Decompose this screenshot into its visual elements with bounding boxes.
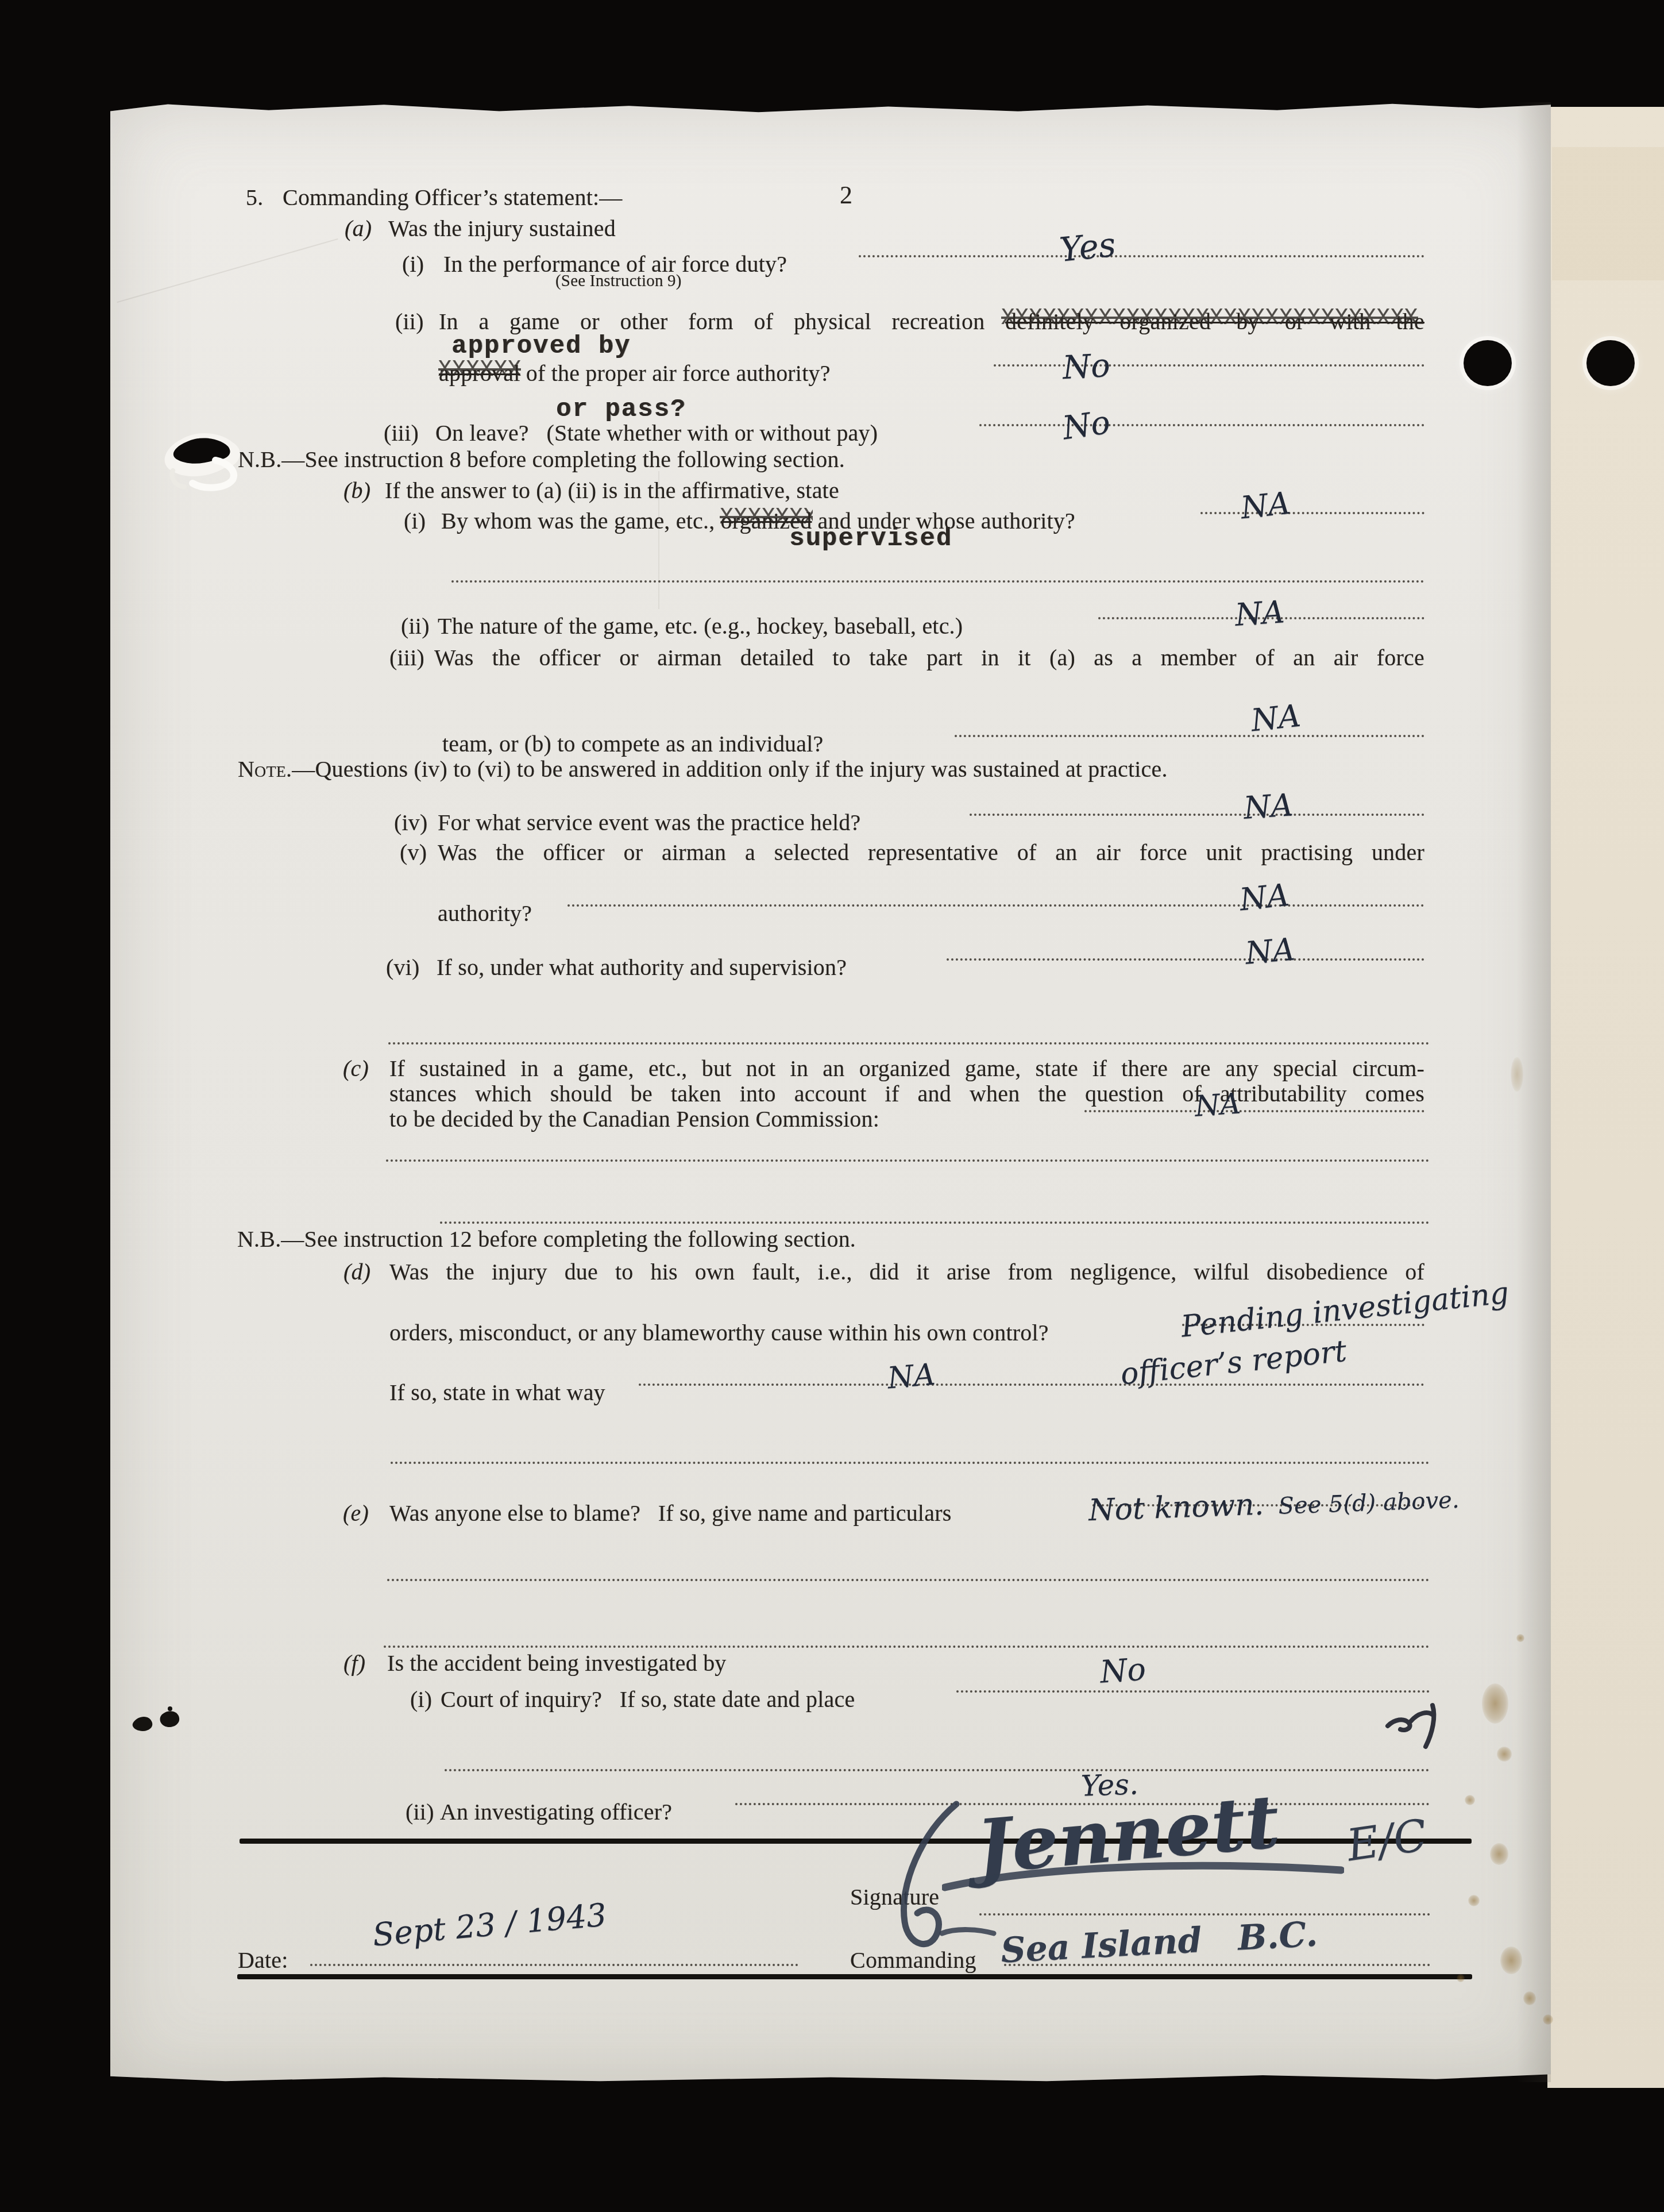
label-a-i: (i) xyxy=(402,251,424,278)
punch-hole xyxy=(1464,340,1512,386)
typed-insert-supervised: supervised xyxy=(789,525,952,553)
dotted-leader xyxy=(310,1964,798,1966)
signature-underline xyxy=(942,1856,1344,1896)
line-b-ii: The nature of the game, etc. (e.g., hock… xyxy=(438,612,963,639)
note-label: Note. xyxy=(238,756,292,782)
under-sheet-shade xyxy=(1552,147,1664,280)
dotted-leader xyxy=(956,1690,1430,1693)
date-label: Date: xyxy=(238,1947,288,1974)
stain xyxy=(1511,1057,1523,1092)
answer-c: NA xyxy=(1194,1086,1242,1123)
answer-b-iii: NA xyxy=(1249,697,1302,739)
nb-instruction-12: N.B.—See instruction 12 before completin… xyxy=(237,1226,856,1253)
note-questions: Note.—Questions (iv) to (vi) to be answe… xyxy=(238,756,1168,783)
stain xyxy=(1500,1947,1522,1974)
page-edge-shadow xyxy=(1516,102,1551,2082)
label-f-ii: (ii) xyxy=(406,1798,434,1825)
answer-a-i: Yes xyxy=(1058,225,1118,269)
dotted-leader xyxy=(388,1042,1430,1045)
answer-b-ii: NA xyxy=(1234,594,1285,633)
ink-blot xyxy=(129,1704,192,1739)
label-f: (f) xyxy=(343,1650,365,1677)
dotted-leader xyxy=(440,1221,1430,1224)
note-text: —Questions (iv) to (vi) to be answered i… xyxy=(292,756,1167,782)
stain xyxy=(1457,1974,1465,1982)
dotted-leader xyxy=(384,1645,1430,1648)
answer-b-vi: NA xyxy=(1244,931,1296,971)
commanding-label: Commanding xyxy=(850,1947,976,1974)
punch-hole xyxy=(1586,340,1635,386)
scanned-document-page: 5. Commanding Officer’s statement:— 2 (a… xyxy=(0,0,1664,2212)
label-a-ii: (ii) xyxy=(395,308,424,335)
dotted-leader xyxy=(979,424,1424,426)
line-b-iv: For what service event was the practice … xyxy=(438,809,860,836)
line-c-2: stances which should be taken into accou… xyxy=(389,1080,1424,1107)
label-e: (e) xyxy=(343,1500,369,1527)
line-a-ii: In a game or other form of physical recr… xyxy=(439,308,1424,335)
answer-b-iv: NA xyxy=(1242,787,1294,826)
struck-text: approvalXXXXXXX xyxy=(439,360,520,387)
answer-a-iii: No xyxy=(1060,404,1113,448)
stain xyxy=(1465,1795,1475,1805)
stain xyxy=(1490,1843,1508,1865)
struck-text: definitely organized by or with theXXXXX… xyxy=(1005,308,1424,335)
line-a-ii-2-text: of the proper air force authority? xyxy=(520,360,831,386)
line-d-2: orders, misconduct, or any blameworthy c… xyxy=(389,1319,1049,1346)
line-a-i-note: (See Instruction 9) xyxy=(555,272,682,291)
label-b-iii: (iii) xyxy=(389,644,424,671)
line-b-v-1: Was the officer or airman a selected rep… xyxy=(438,839,1424,866)
dotted-leader xyxy=(445,1769,1430,1771)
stain xyxy=(1497,1747,1512,1762)
label-f-i: (i) xyxy=(410,1686,432,1713)
dotted-leader xyxy=(451,580,1424,583)
answer-a-ii: No xyxy=(1061,347,1111,387)
dotted-leader xyxy=(391,1462,1430,1464)
label-c: (c) xyxy=(343,1055,369,1082)
line-a-ii-text: In a game or other form of physical recr… xyxy=(439,309,984,334)
line-b: If the answer to (a) (ii) is in the affi… xyxy=(385,477,839,504)
stain xyxy=(1482,1683,1508,1724)
page-number: 2 xyxy=(840,180,852,210)
line-b-iii-1: Was the officer or airman detailed to ta… xyxy=(434,644,1424,671)
line-c-3: to be decided by the Canadian Pension Co… xyxy=(389,1105,879,1132)
label-b-ii: (ii) xyxy=(401,612,430,639)
answer-b-v: NA xyxy=(1238,877,1291,918)
dotted-leader xyxy=(970,814,1424,816)
horizontal-rule xyxy=(240,1839,1472,1844)
line-f-ii: An investigating officer? xyxy=(440,1798,672,1825)
label-b-v: (v) xyxy=(400,839,427,866)
dotted-leader xyxy=(979,1913,1430,1916)
stain xyxy=(1516,1634,1524,1642)
torn-hole xyxy=(146,422,256,508)
label-a: (a) xyxy=(345,215,372,242)
label-b-iv: (iv) xyxy=(394,809,428,836)
line-b-vi: If so, under what authority and supervis… xyxy=(437,954,847,981)
dotted-leader xyxy=(947,958,1424,961)
section-number: 5. xyxy=(246,184,263,211)
under-sheet xyxy=(1547,107,1664,2088)
answer-b-i: NA xyxy=(1239,485,1292,526)
dotted-leader xyxy=(639,1384,1424,1386)
label-b-vi: (vi) xyxy=(386,954,420,981)
ink-scribble xyxy=(1383,1696,1446,1754)
dotted-leader xyxy=(1084,1110,1424,1112)
line-a: Was the injury sustained xyxy=(388,215,616,242)
line-b-iii-2: team, or (b) to compete as an individual… xyxy=(442,730,824,757)
line-a-iii: On leave? (State whether with or without… xyxy=(435,419,878,446)
line-d-3: If so, state in what way xyxy=(389,1379,605,1406)
line-a-ii-2: approvalXXXXXXX of the proper air force … xyxy=(439,360,831,387)
dotted-leader xyxy=(387,1579,1430,1581)
horizontal-rule xyxy=(237,1974,1472,1979)
line-e: Was anyone else to blame? If so, give na… xyxy=(389,1500,951,1527)
line-b-i-text1: By whom was the game, etc., xyxy=(441,508,721,534)
dotted-leader xyxy=(1200,512,1424,514)
answer-d-3: NA xyxy=(886,1357,937,1396)
stain xyxy=(1468,1895,1480,1906)
dotted-leader xyxy=(994,364,1424,367)
label-a-iii: (iii) xyxy=(384,419,419,446)
stain xyxy=(1543,2014,1553,2025)
dotted-leader xyxy=(567,904,1424,907)
label-b: (b) xyxy=(343,477,370,504)
answer-e-ref: See 5(d) above. xyxy=(1263,1487,1460,1520)
answer-e-main: Not known. xyxy=(1088,1487,1264,1528)
section-heading: Commanding Officer’s statement:— xyxy=(283,184,622,211)
line-f-i: Court of inquiry? If so, state date and … xyxy=(441,1686,855,1713)
line-f: Is the accident being investigated by xyxy=(387,1650,727,1677)
dotted-leader xyxy=(859,255,1424,257)
label-d: (d) xyxy=(343,1258,370,1285)
dotted-leader xyxy=(386,1159,1430,1162)
line-b-i: By whom was the game, etc., organizedXXX… xyxy=(441,507,1075,534)
line-d-1: Was the injury due to his own fault, i.e… xyxy=(389,1258,1424,1285)
answer-f-i: No xyxy=(1099,1651,1147,1690)
nb-instruction-8: N.B.—See instruction 8 before completing… xyxy=(238,446,845,473)
stain xyxy=(1523,1991,1536,2005)
dotted-leader xyxy=(955,735,1424,737)
line-b-v-2: authority? xyxy=(438,900,532,927)
typed-insert-approved-by: approved by xyxy=(451,332,631,361)
label-b-i: (i) xyxy=(404,507,426,534)
line-c-1: If sustained in a game, etc., but not in… xyxy=(389,1055,1424,1082)
